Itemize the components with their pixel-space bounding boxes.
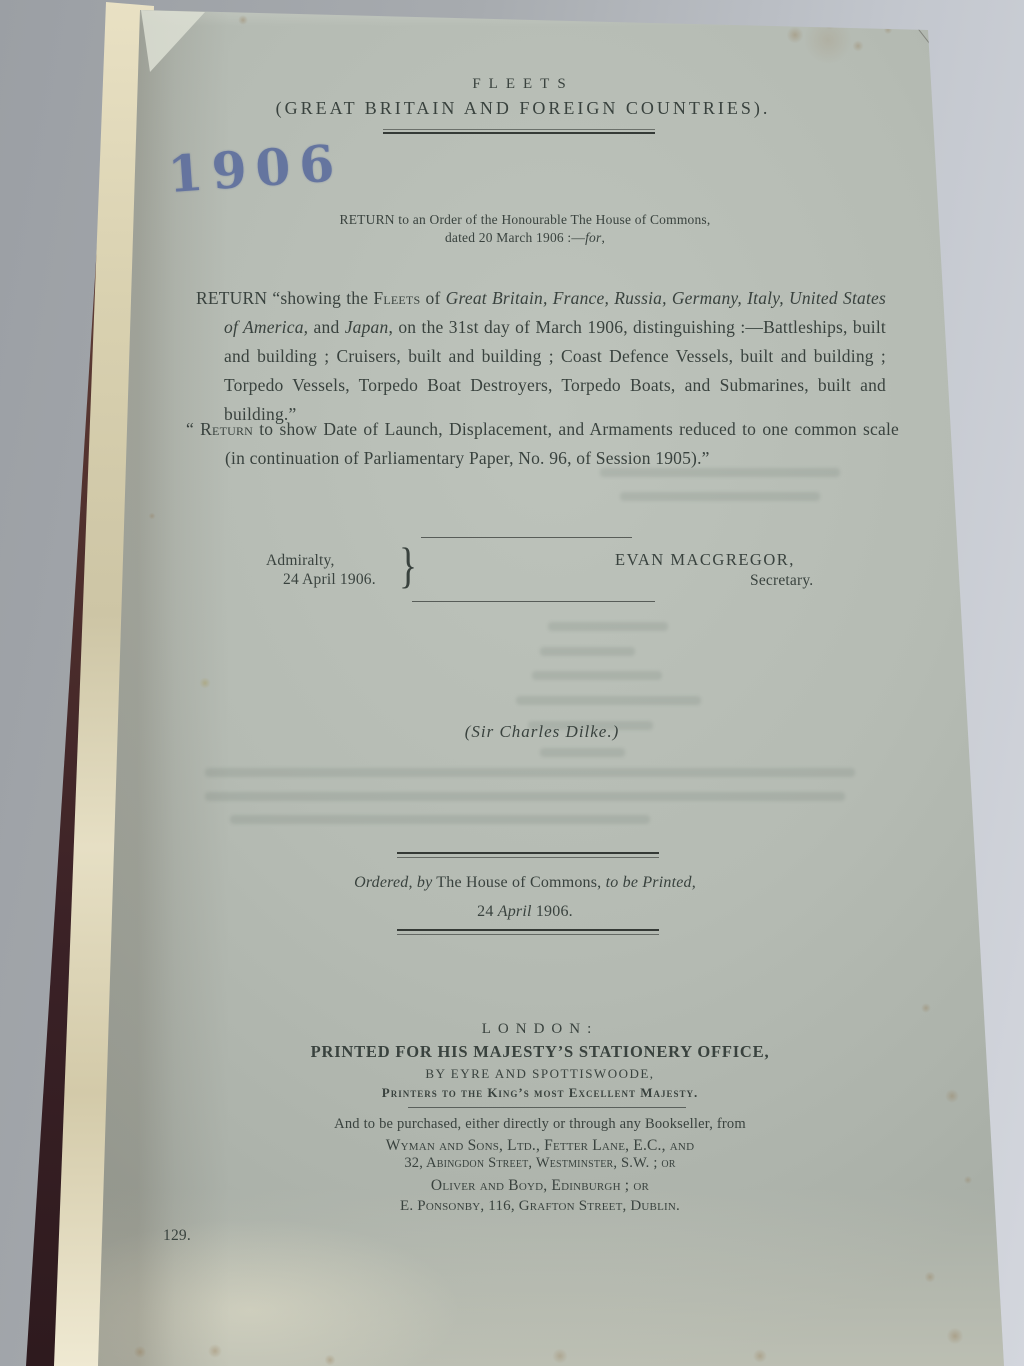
document-page: FLEETS (GREAT BRITAIN AND FOREIGN COUNTR… xyxy=(0,0,1024,1366)
photo-backdrop: FLEETS (GREAT BRITAIN AND FOREIGN COUNTR… xyxy=(0,0,1024,1366)
foxing-spots xyxy=(0,0,1024,1366)
